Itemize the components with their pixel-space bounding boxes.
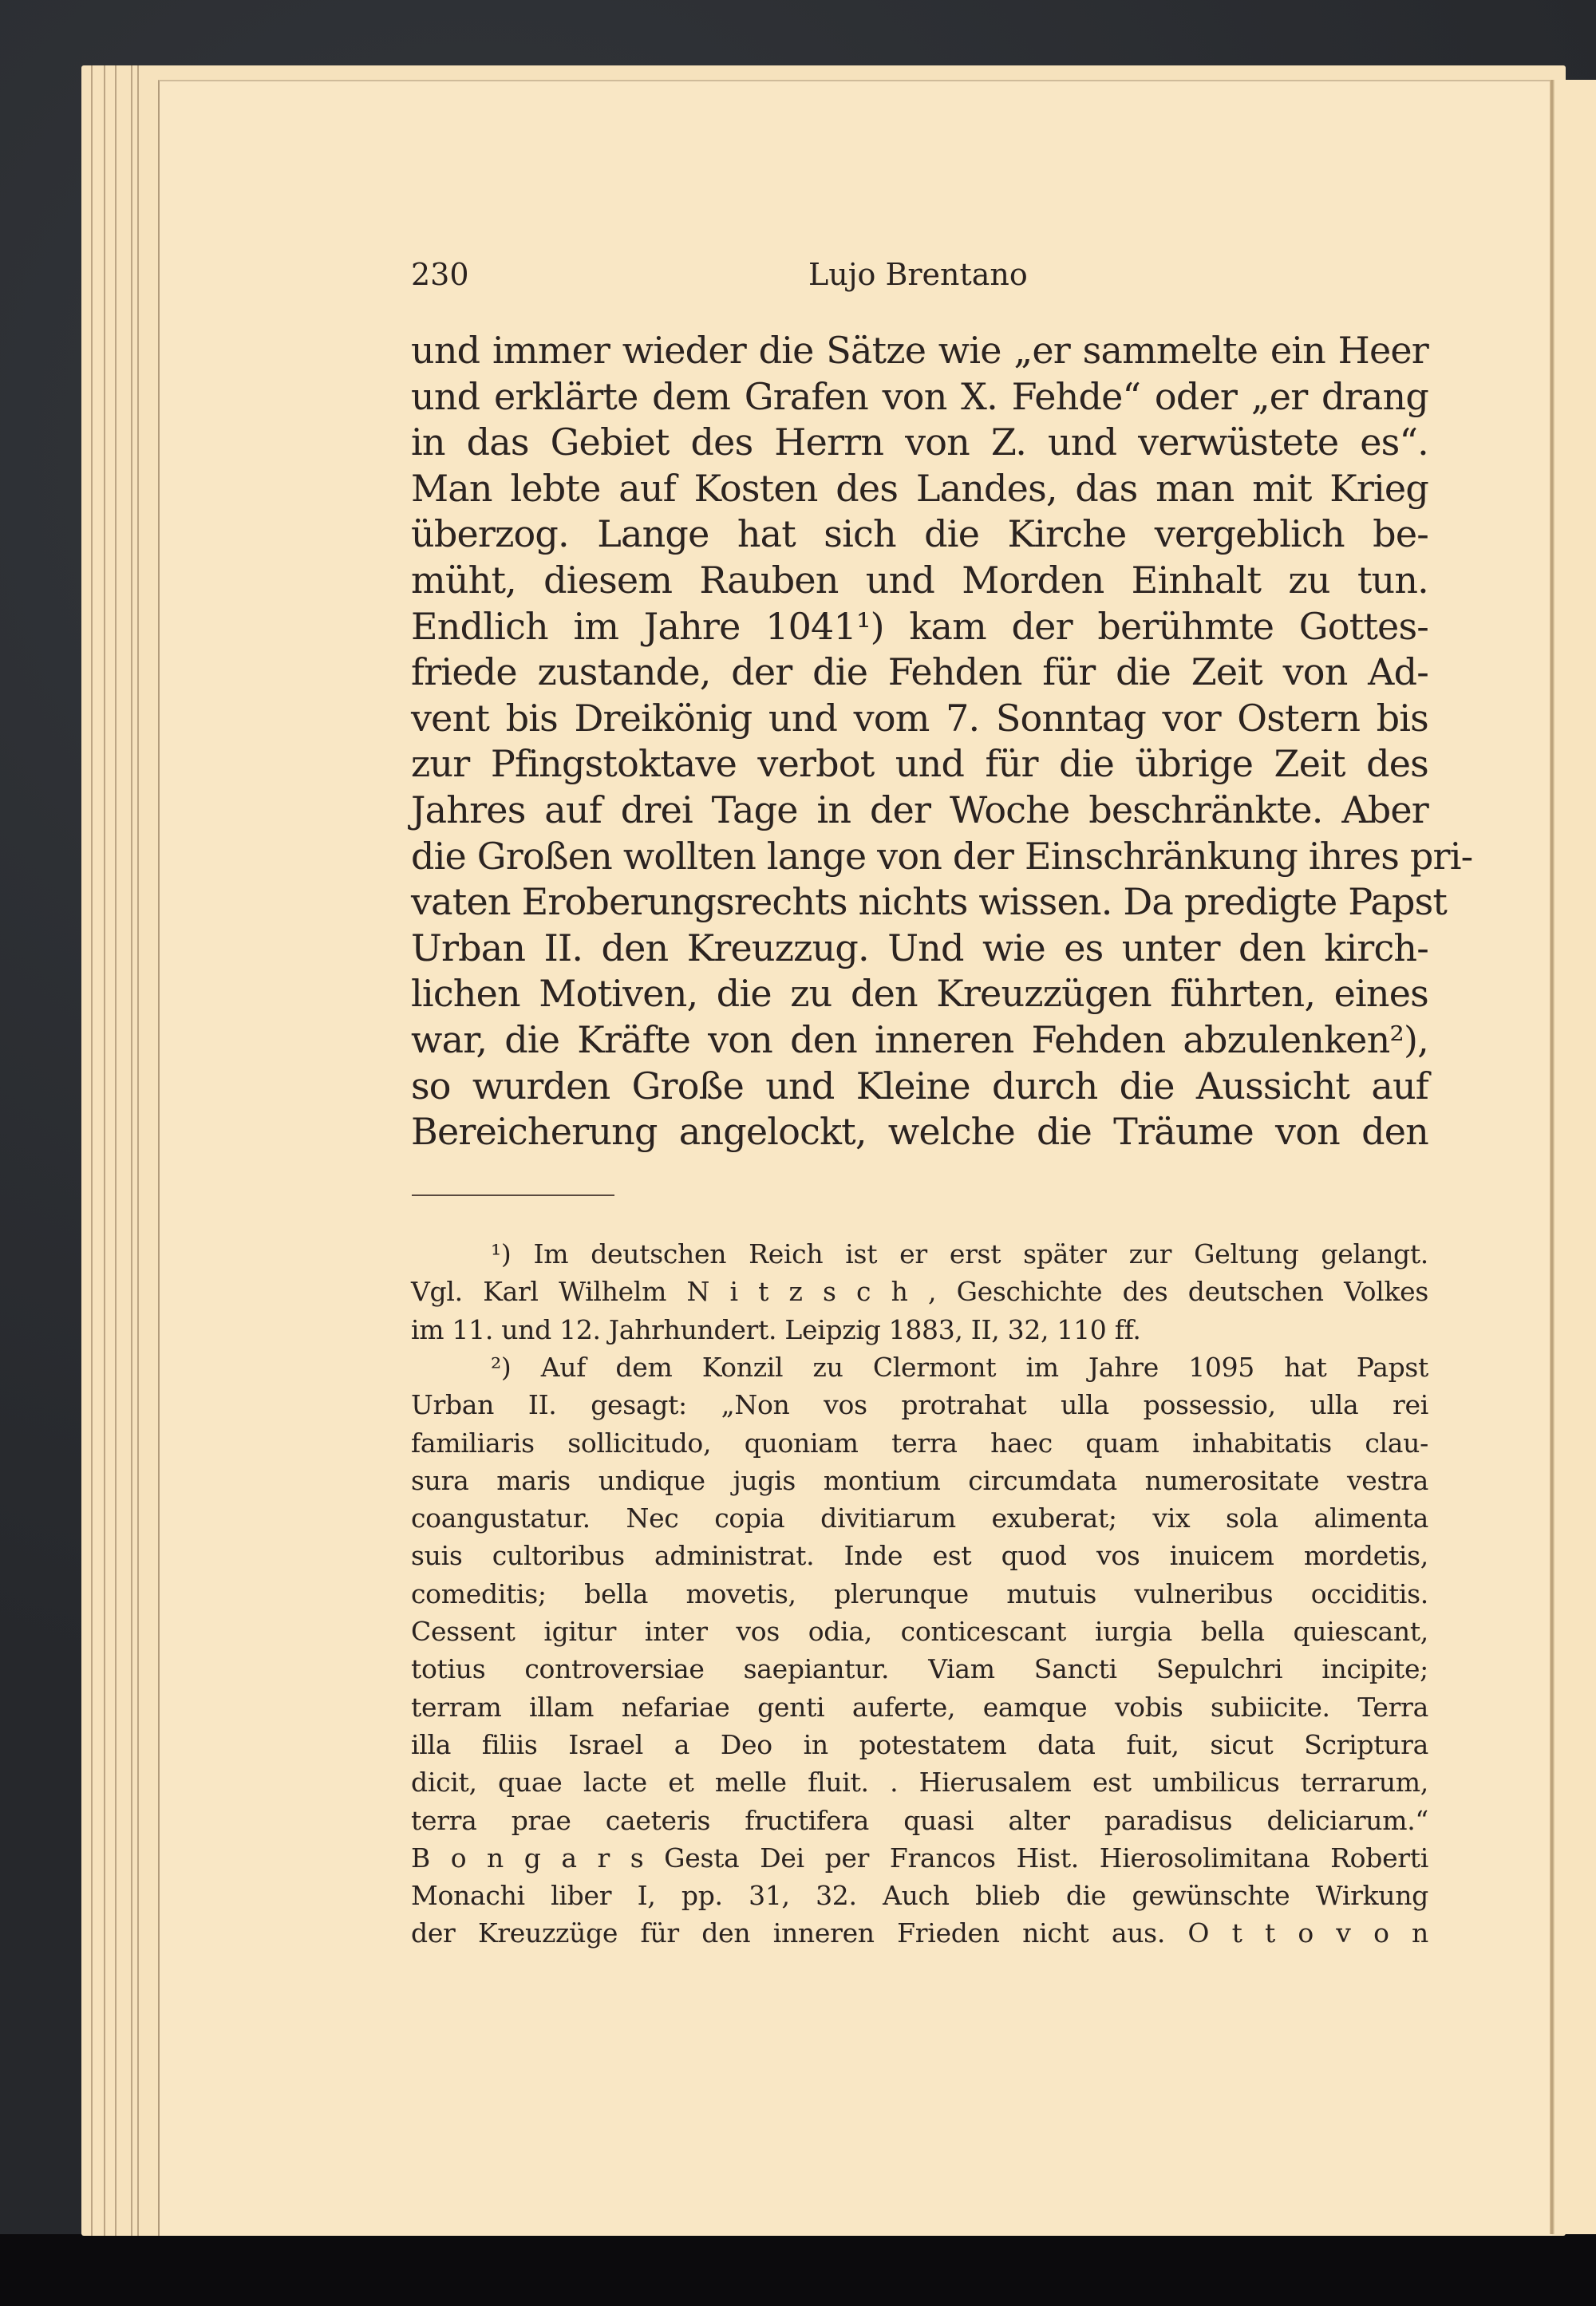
body-line: Endlich im Jahre 1041¹) kam der berühmte… [411,605,1428,648]
footnote-2-line: suis cultoribus administrat. Inde est qu… [411,1540,1428,1571]
footnote-2-line: B o n g a r s Gesta Dei per Francos Hist… [411,1842,1428,1874]
body-line: überzog. Lange hat sich die Kirche verge… [411,512,1428,555]
page-edge [137,65,139,2236]
body-line: müht, diesem Rauben und Morden Einhalt z… [411,559,1428,602]
footnote-1-line: im 11. und 12. Jahrhundert. Leipzig 1883… [411,1314,1428,1345]
footnote-2-line: der Kreuzzüge für den inneren Frieden ni… [411,1917,1428,1949]
body-line: war, die Kräfte von den inneren Fehden a… [411,1018,1428,1061]
footnote-rule [412,1194,614,1196]
body-line: friede zustande, der die Fehden für die … [411,650,1428,693]
scan-background-bottom [0,2234,1596,2306]
body-line: Urban II. den Kreuzzug. Und wie es unter… [411,926,1428,969]
footnote-2-line: illa filiis Israel a Deo in potestatem d… [411,1729,1428,1760]
footnote-2-line: Urban II. gesagt: „Non vos protrahat ull… [411,1389,1428,1420]
footnote-2-line: dicit, quae lacte et melle fluit. . Hier… [411,1767,1428,1798]
page-edge [131,65,132,2236]
footnote-1-line: ¹) Im deutschen Reich ist er erst später… [411,1238,1428,1269]
footnote-2-line: terram illam nefariae genti auferte, eam… [411,1692,1428,1723]
page-number: 230 [411,257,469,292]
footnote-2-line: familiaris sollicitudo, quoniam terra ha… [411,1427,1428,1459]
body-line: Jahres auf drei Tage in der Woche beschr… [411,788,1428,831]
footnote-2-line: Cessent igitur inter vos odia, conticesc… [411,1616,1428,1647]
body-line: zur Pfingstoktave verbot und für die übr… [411,742,1428,785]
body-line: so wurden Große und Kleine durch die Aus… [411,1064,1428,1108]
footnote-2-line: coangustatur. Nec copia divitiarum exube… [411,1502,1428,1534]
body-line: Bereicherung angelockt, welche die Träum… [411,1110,1428,1153]
footnote-2-line: comeditis; bella movetis, plerunque mutu… [411,1578,1428,1609]
body-line: und immer wieder die Sätze wie „er samme… [411,329,1428,372]
running-head: Lujo Brentano [808,257,1028,292]
body-line: vent bis Dreikönig und vom 7. Sonntag vo… [411,697,1428,740]
footnote-2-line: totius controversiae saepiantur. Viam Sa… [411,1653,1428,1684]
facing-page-edge [1555,80,1596,2234]
page-edge [104,65,105,2236]
body-line: Man lebte auf Kosten des Landes, das man… [411,467,1428,510]
footnote-2-line: Monachi liber I, pp. 31, 32. Auch blieb … [411,1880,1428,1911]
footnote-2-line: ²) Auf dem Konzil zu Clermont im Jahre 1… [411,1352,1428,1383]
page-edge [115,65,117,2236]
body-line: in das Gebiet des Herrn von Z. und verwü… [411,421,1428,464]
body-line: die Großen wollten lange von der Einschr… [411,835,1428,878]
footnote-1-line: Vgl. Karl Wilhelm N i t z s c h , Geschi… [411,1276,1428,1307]
page-edge [91,65,93,2236]
body-line: und erklärte dem Grafen von X. Fehde“ od… [411,375,1428,418]
footnote-2-line: terra prae caeteris fructifera quasi alt… [411,1805,1428,1836]
body-line: lichen Motiven, die zu den Kreuzzügen fü… [411,972,1428,1015]
footnote-2-line: sura maris undique jugis montium circumd… [411,1465,1428,1496]
body-line: vaten Eroberungsrechts nichts wissen. Da… [411,880,1428,923]
